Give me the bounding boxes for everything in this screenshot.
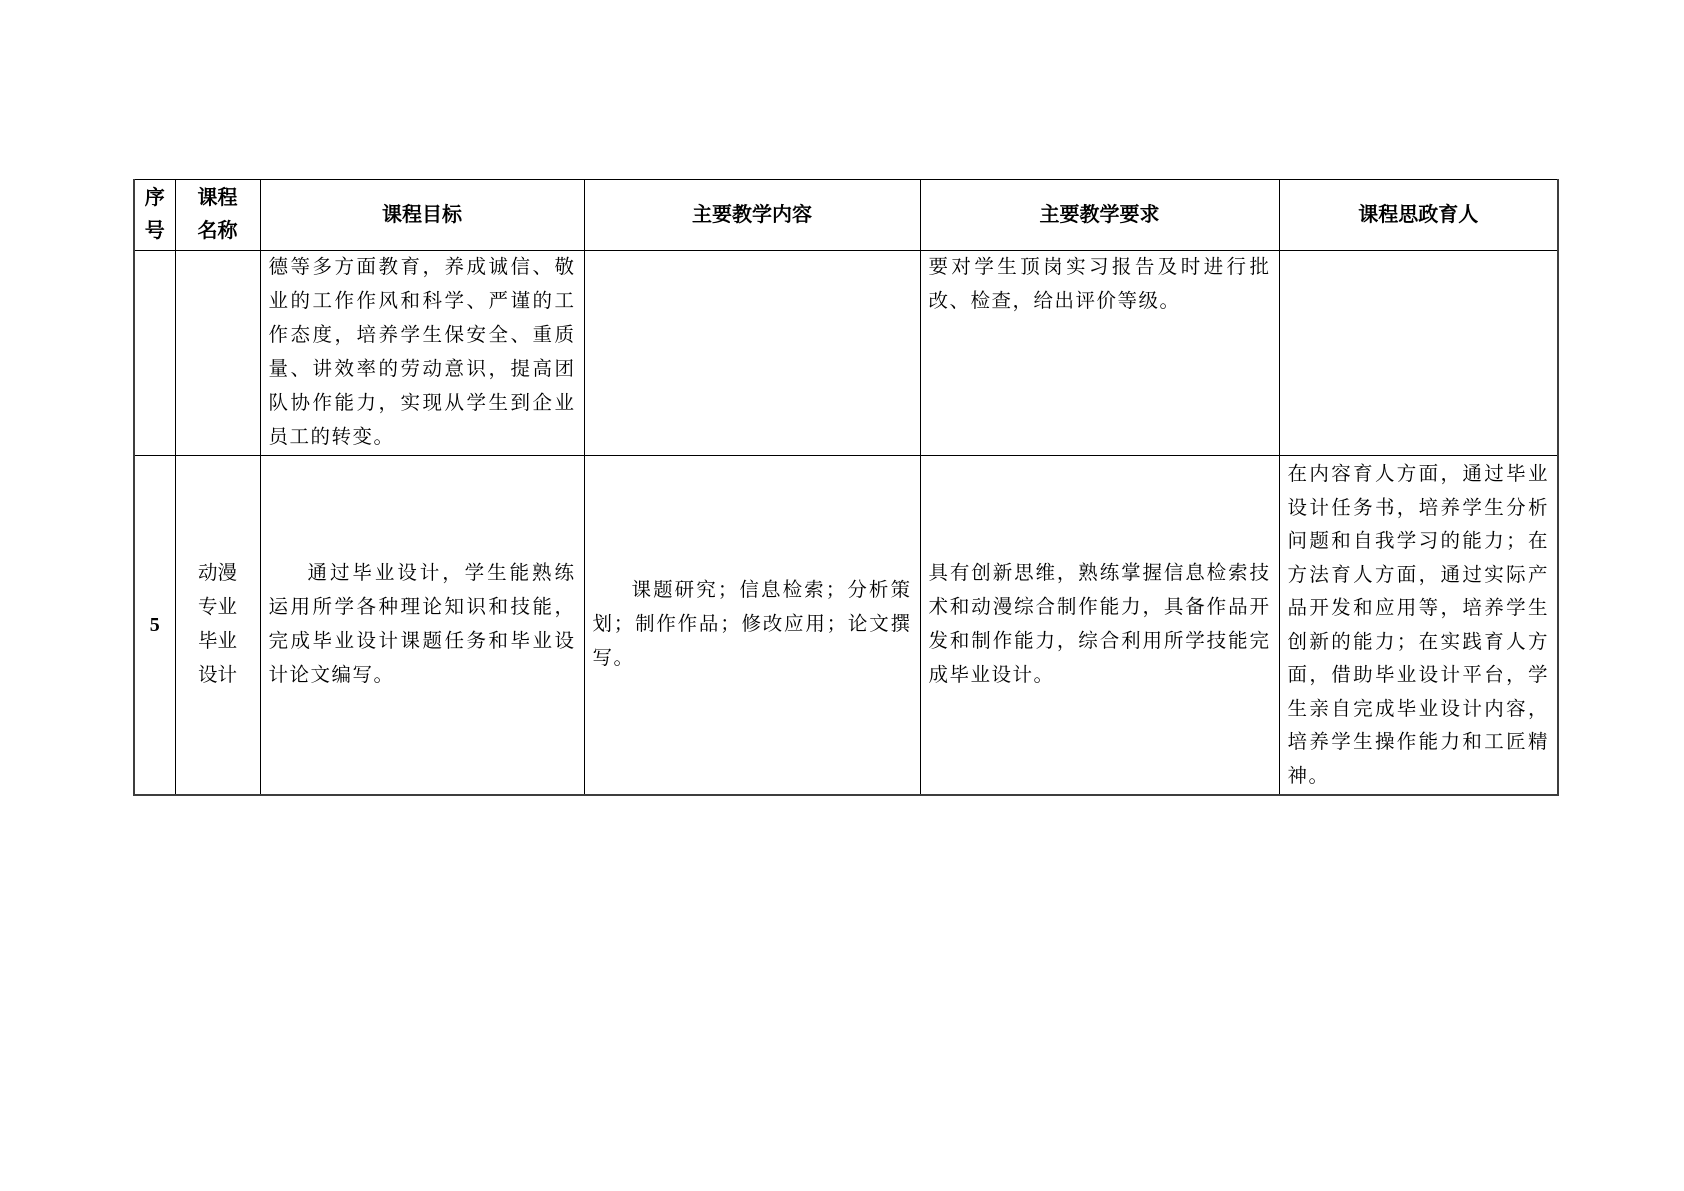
cell-course-goal: 通过毕业设计，学生能熟练运用所学各种理论知识和技能，完成毕业设计课题任务和毕业设…: [260, 456, 584, 795]
cell-seq: 5: [134, 456, 175, 795]
header-seq: 序号: [134, 180, 175, 251]
cell-teaching-content: [584, 251, 920, 456]
header-course-name: 课程名称: [175, 180, 260, 251]
header-seq-label: 序号: [144, 182, 166, 248]
table-row-continuation: 德等多方面教育，养成诚信、敬业的工作作风和科学、严谨的工作态度，培养学生保安全、…: [134, 251, 1558, 456]
header-ideological-education: 课程思政育人: [1279, 180, 1558, 251]
table-header-row: 序号 课程名称 课程目标 主要教学内容 主要教学要求 课程思政育人: [134, 180, 1558, 251]
cell-course-name: 动漫专业毕业设计: [175, 456, 260, 795]
document-page: 序号 课程名称 课程目标 主要教学内容 主要教学要求 课程思政育人 德等多方面教…: [0, 0, 1684, 1191]
header-teaching-content: 主要教学内容: [584, 180, 920, 251]
cell-course-goal: 德等多方面教育，养成诚信、敬业的工作作风和科学、严谨的工作态度，培养学生保安全、…: [260, 251, 584, 456]
course-curriculum-table: 序号 课程名称 课程目标 主要教学内容 主要教学要求 课程思政育人 德等多方面教…: [133, 179, 1559, 796]
cell-course-name: [175, 251, 260, 456]
header-course-name-label: 课程名称: [196, 182, 240, 248]
header-teaching-requirements: 主要教学要求: [920, 180, 1279, 251]
cell-ideological-education: 在内容育人方面，通过毕业设计任务书，培养学生分析问题和自我学习的能力；在方法育人…: [1279, 456, 1558, 795]
cell-teaching-requirements: 具有创新思维，熟练掌握信息检索技术和动漫综合制作能力，具备作品开发和制作能力，综…: [920, 456, 1279, 795]
cell-teaching-requirements: 要对学生顶岗实习报告及时进行批改、检查，给出评价等级。: [920, 251, 1279, 456]
cell-teaching-content: 课题研究；信息检索；分析策划；制作作品；修改应用；论文撰写。: [584, 456, 920, 795]
cell-seq: [134, 251, 175, 456]
header-course-goal: 课程目标: [260, 180, 584, 251]
table-row-5: 5 动漫专业毕业设计 通过毕业设计，学生能熟练运用所学各种理论知识和技能，完成毕…: [134, 456, 1558, 795]
cell-ideological-education: [1279, 251, 1558, 456]
